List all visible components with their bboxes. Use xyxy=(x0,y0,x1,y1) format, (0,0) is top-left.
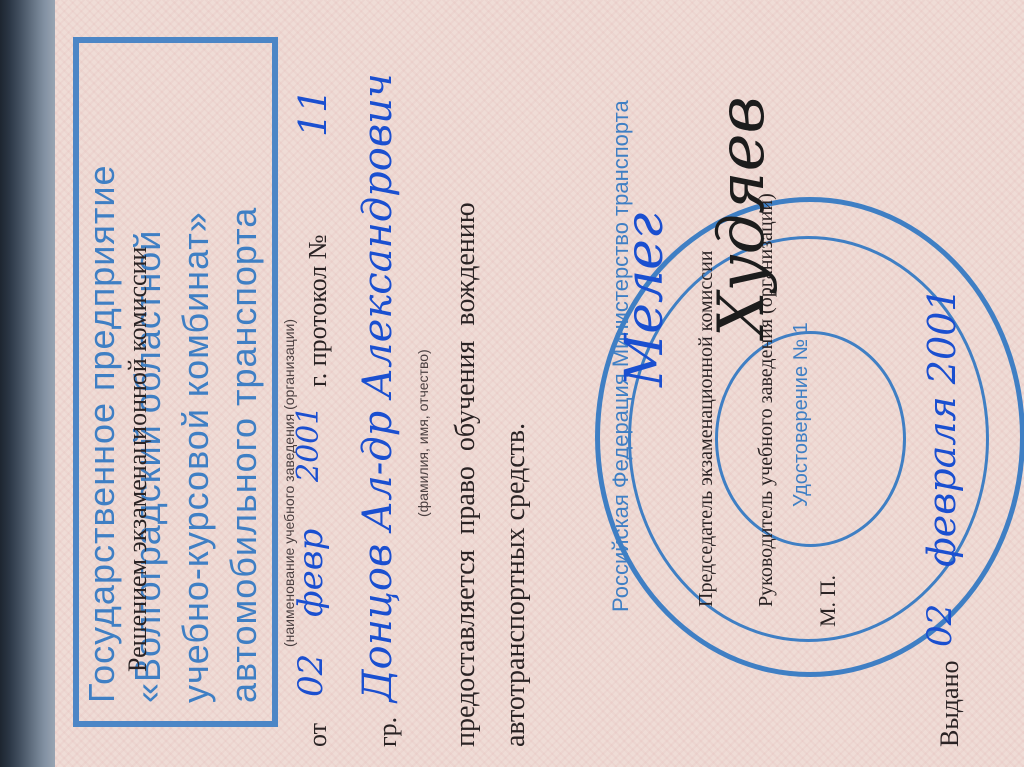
stamp-line-1: Государственное предприятие xyxy=(81,165,123,704)
name-caption: (фамилия, имя, отчество) xyxy=(415,349,431,517)
issued-label: Выдано xyxy=(935,661,965,748)
decision-year: 2001 xyxy=(291,406,326,482)
citizen-name: Донцов Ал-др Александрович xyxy=(355,73,401,702)
from-label: от xyxy=(303,723,333,747)
citizen-label: гр. xyxy=(373,717,403,747)
seal-center-text: Удостоверение № 1 xyxy=(790,322,813,507)
rotated-document-content: Государственное предприятие «Волгоградск… xyxy=(55,0,1024,767)
issued-day: 02 xyxy=(920,604,960,647)
issued-month-year: февраля 2001 xyxy=(920,288,964,567)
signature-chair: Мелег xyxy=(615,213,675,387)
body-line-1: предоставляется право обучения вождению xyxy=(450,202,482,747)
protocol-number: 11 xyxy=(291,89,335,137)
stamp-line-4: автомобильного транспорта xyxy=(223,207,265,703)
document-page: Государственное предприятие «Волгоградск… xyxy=(55,0,1024,767)
signature-head: Худяев xyxy=(705,96,779,337)
body-line-2: автотранспортных средств. xyxy=(500,423,532,747)
decision-heading: Решением экзаменационной комиссии xyxy=(123,247,153,672)
decision-day: 02 xyxy=(291,654,331,697)
organization-stamp-box: Государственное предприятие «Волгоградск… xyxy=(73,37,278,727)
decision-month: февр xyxy=(291,529,331,617)
photo-background: Государственное предприятие «Волгоградск… xyxy=(0,0,1024,767)
mp-label: М. П. xyxy=(815,575,841,627)
stamp-line-3: учебно-курсовой комбинат» xyxy=(175,211,217,703)
protocol-label: г. протокол № xyxy=(303,234,333,387)
